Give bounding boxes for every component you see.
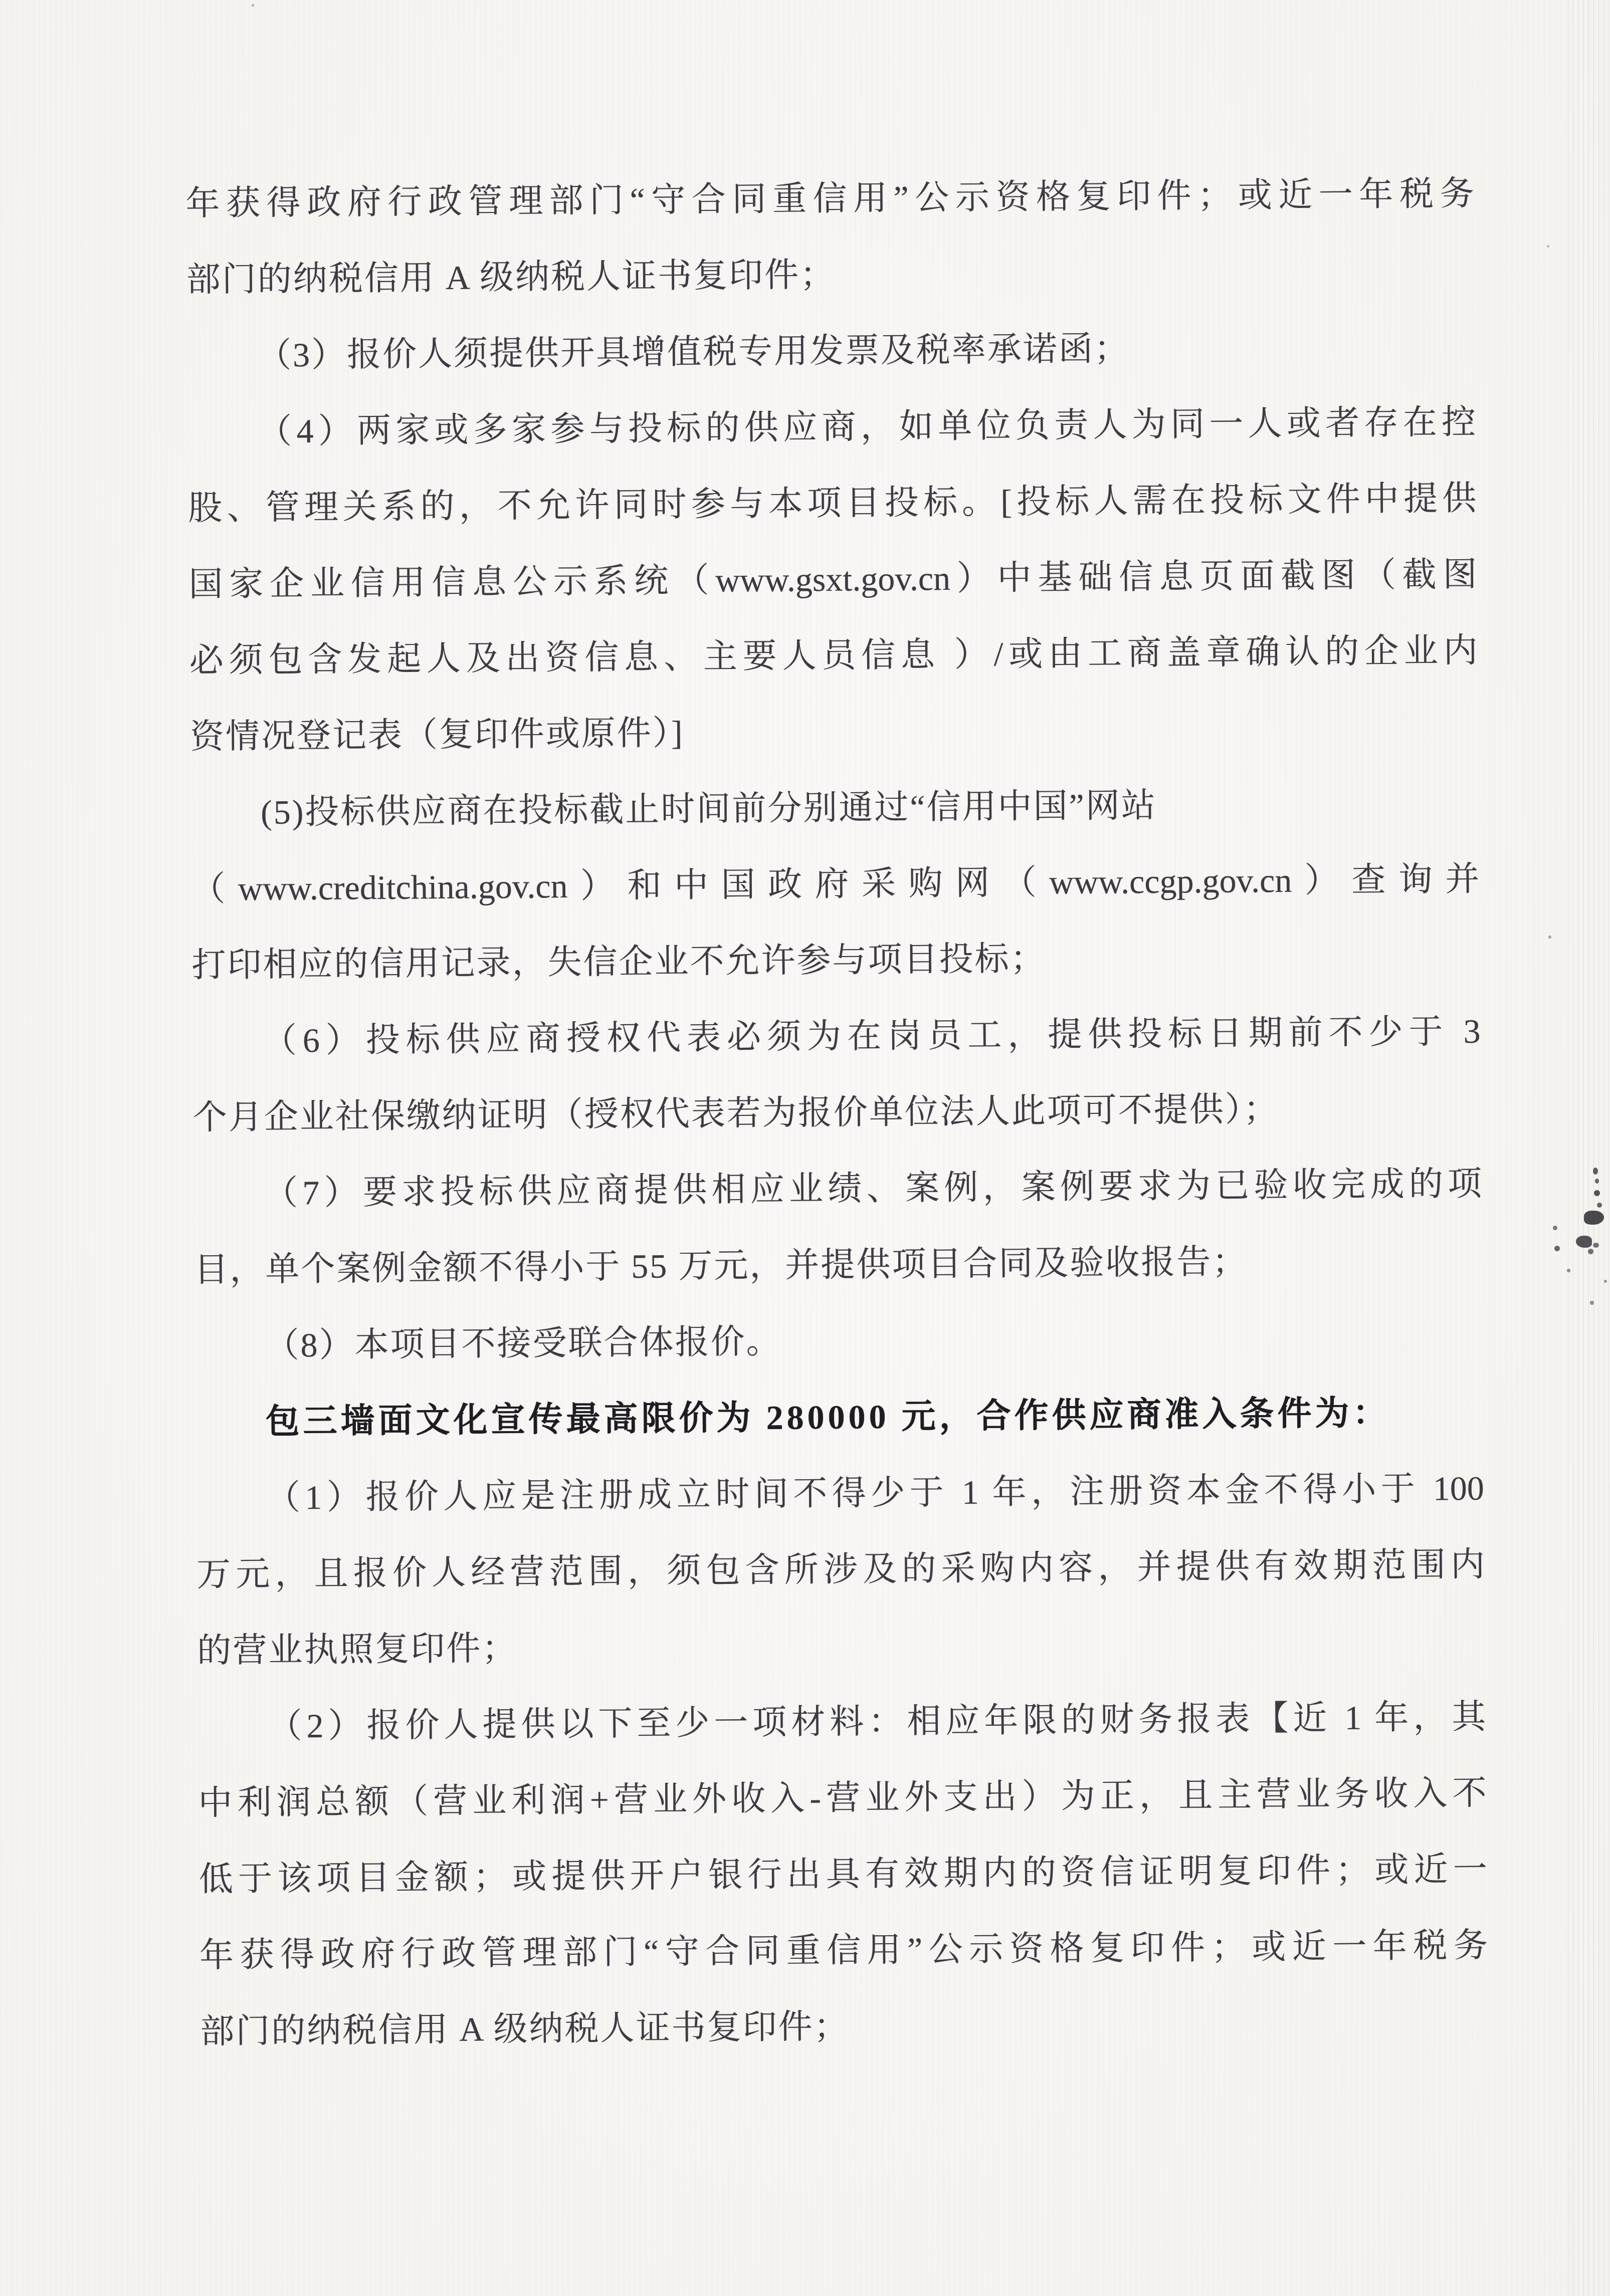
ink-speckle — [1593, 1168, 1598, 1175]
document-line: 低于该项目金额；或提供开户银行出具有效期内的资信证明复印件；或近一 — [198, 1831, 1487, 1917]
document-line: 万元，且报价人经营范围，须包含所涉及的采购内容，并提供有效期范围内 — [196, 1526, 1485, 1613]
ink-speckle — [1604, 1280, 1607, 1283]
document-text-block: 年获得政府行政管理部门“守合同重信用”公示资格复印件；或近一年税务 部门的纳税信… — [185, 155, 1489, 2070]
ink-speckle — [1548, 936, 1551, 939]
document-line: 目，单个案例金额不得小于 55 万元，并提供项目合同及验收报告； — [194, 1222, 1483, 1308]
document-line: 部门的纳税信用 A 级纳税人证书复印件； — [200, 1983, 1489, 2070]
ink-speckle — [252, 4, 254, 7]
ink-smudge — [1576, 1236, 1592, 1248]
document-line: （www.creditchina.gov.cn）和中国政府采购网（www.ccg… — [191, 841, 1480, 927]
document-line: 中利润总额（营业利润+营业外收入-营业外支出）为正，且主营业务收入不 — [198, 1755, 1487, 1841]
scan-root: { "page": { "background_color": "#f6f5f2… — [0, 0, 1610, 2296]
document-line: 打印相应的信用记录，失信企业不允许参与项目投标； — [191, 917, 1480, 1003]
document-line: （6）投标供应商授权代表必须为在岗员工，提供投标日期前不少于 3 — [192, 993, 1481, 1079]
ink-speckle — [1594, 1190, 1600, 1196]
ink-speckle — [1590, 1301, 1594, 1305]
document-line: 国家企业信用信息公示系统（www.gsxt.gov.cn）中基础信息页面截图（截… — [188, 536, 1477, 622]
document-line: （1）报价人应是注册成立时间不得少于 1 年，注册资本金不得小于 100 — [195, 1450, 1484, 1536]
document-line: （3）报价人须提供开具增值税专用发票及税率承诺函； — [186, 308, 1475, 394]
ink-speckle — [1595, 1179, 1599, 1184]
document-line: （4）两家或多家参与投标的供应商，如单位负责人为同一人或者存在控 — [187, 384, 1476, 470]
ink-speckle — [1554, 1246, 1560, 1251]
document-line: 股、管理关系的，不允许同时参与本项目投标。[投标人需在投标文件中提供 — [188, 460, 1477, 546]
document-line: 必须包含发起人及出资信息、主要人员信息 ）/或由工商盖章确认的企业内 — [189, 612, 1478, 699]
ink-smudge — [1584, 1211, 1604, 1225]
document-line: （7）要求投标供应商提供相应业绩、案例，案例要求为已验收完成的项 — [193, 1145, 1482, 1232]
ink-speckle — [1567, 1269, 1570, 1272]
document-line: 部门的纳税信用 A 级纳税人证书复印件； — [186, 232, 1475, 318]
ink-speckle — [1553, 1226, 1557, 1230]
document-line: 年获得政府行政管理部门“守合同重信用”公示资格复印件；或近一年税务 — [199, 1907, 1488, 1993]
ink-speckle — [1588, 1249, 1593, 1254]
document-line: 的营业执照复印件； — [197, 1602, 1486, 1689]
document-line: （8）本项目不接受联合体报价。 — [194, 1298, 1483, 1384]
document-line: 个月企业社保缴纳证明（授权代表若为报价单位法人此项可不提供）； — [192, 1069, 1481, 1156]
document-line: 资情况登记表（复印件或原件）] — [189, 688, 1478, 775]
price-limit-heading: 包三墙面文化宣传最高限价为 280000 元，合作供应商准入条件为： — [195, 1374, 1484, 1460]
ink-speckle — [1593, 1243, 1599, 1248]
scan-edge-streaks — [1568, 0, 1610, 2296]
document-line: 年获得政府行政管理部门“守合同重信用”公示资格复印件；或近一年税务 — [185, 155, 1474, 242]
ink-speckle — [1597, 1203, 1602, 1208]
document-line: (5)投标供应商在投标截止时间前分别通过“信用中国”网站 — [190, 765, 1479, 851]
document-line: （2）报价人提供以下至少一项材料：相应年限的财务报表【近 1 年，其 — [197, 1679, 1486, 1765]
ink-speckle — [1547, 245, 1549, 248]
